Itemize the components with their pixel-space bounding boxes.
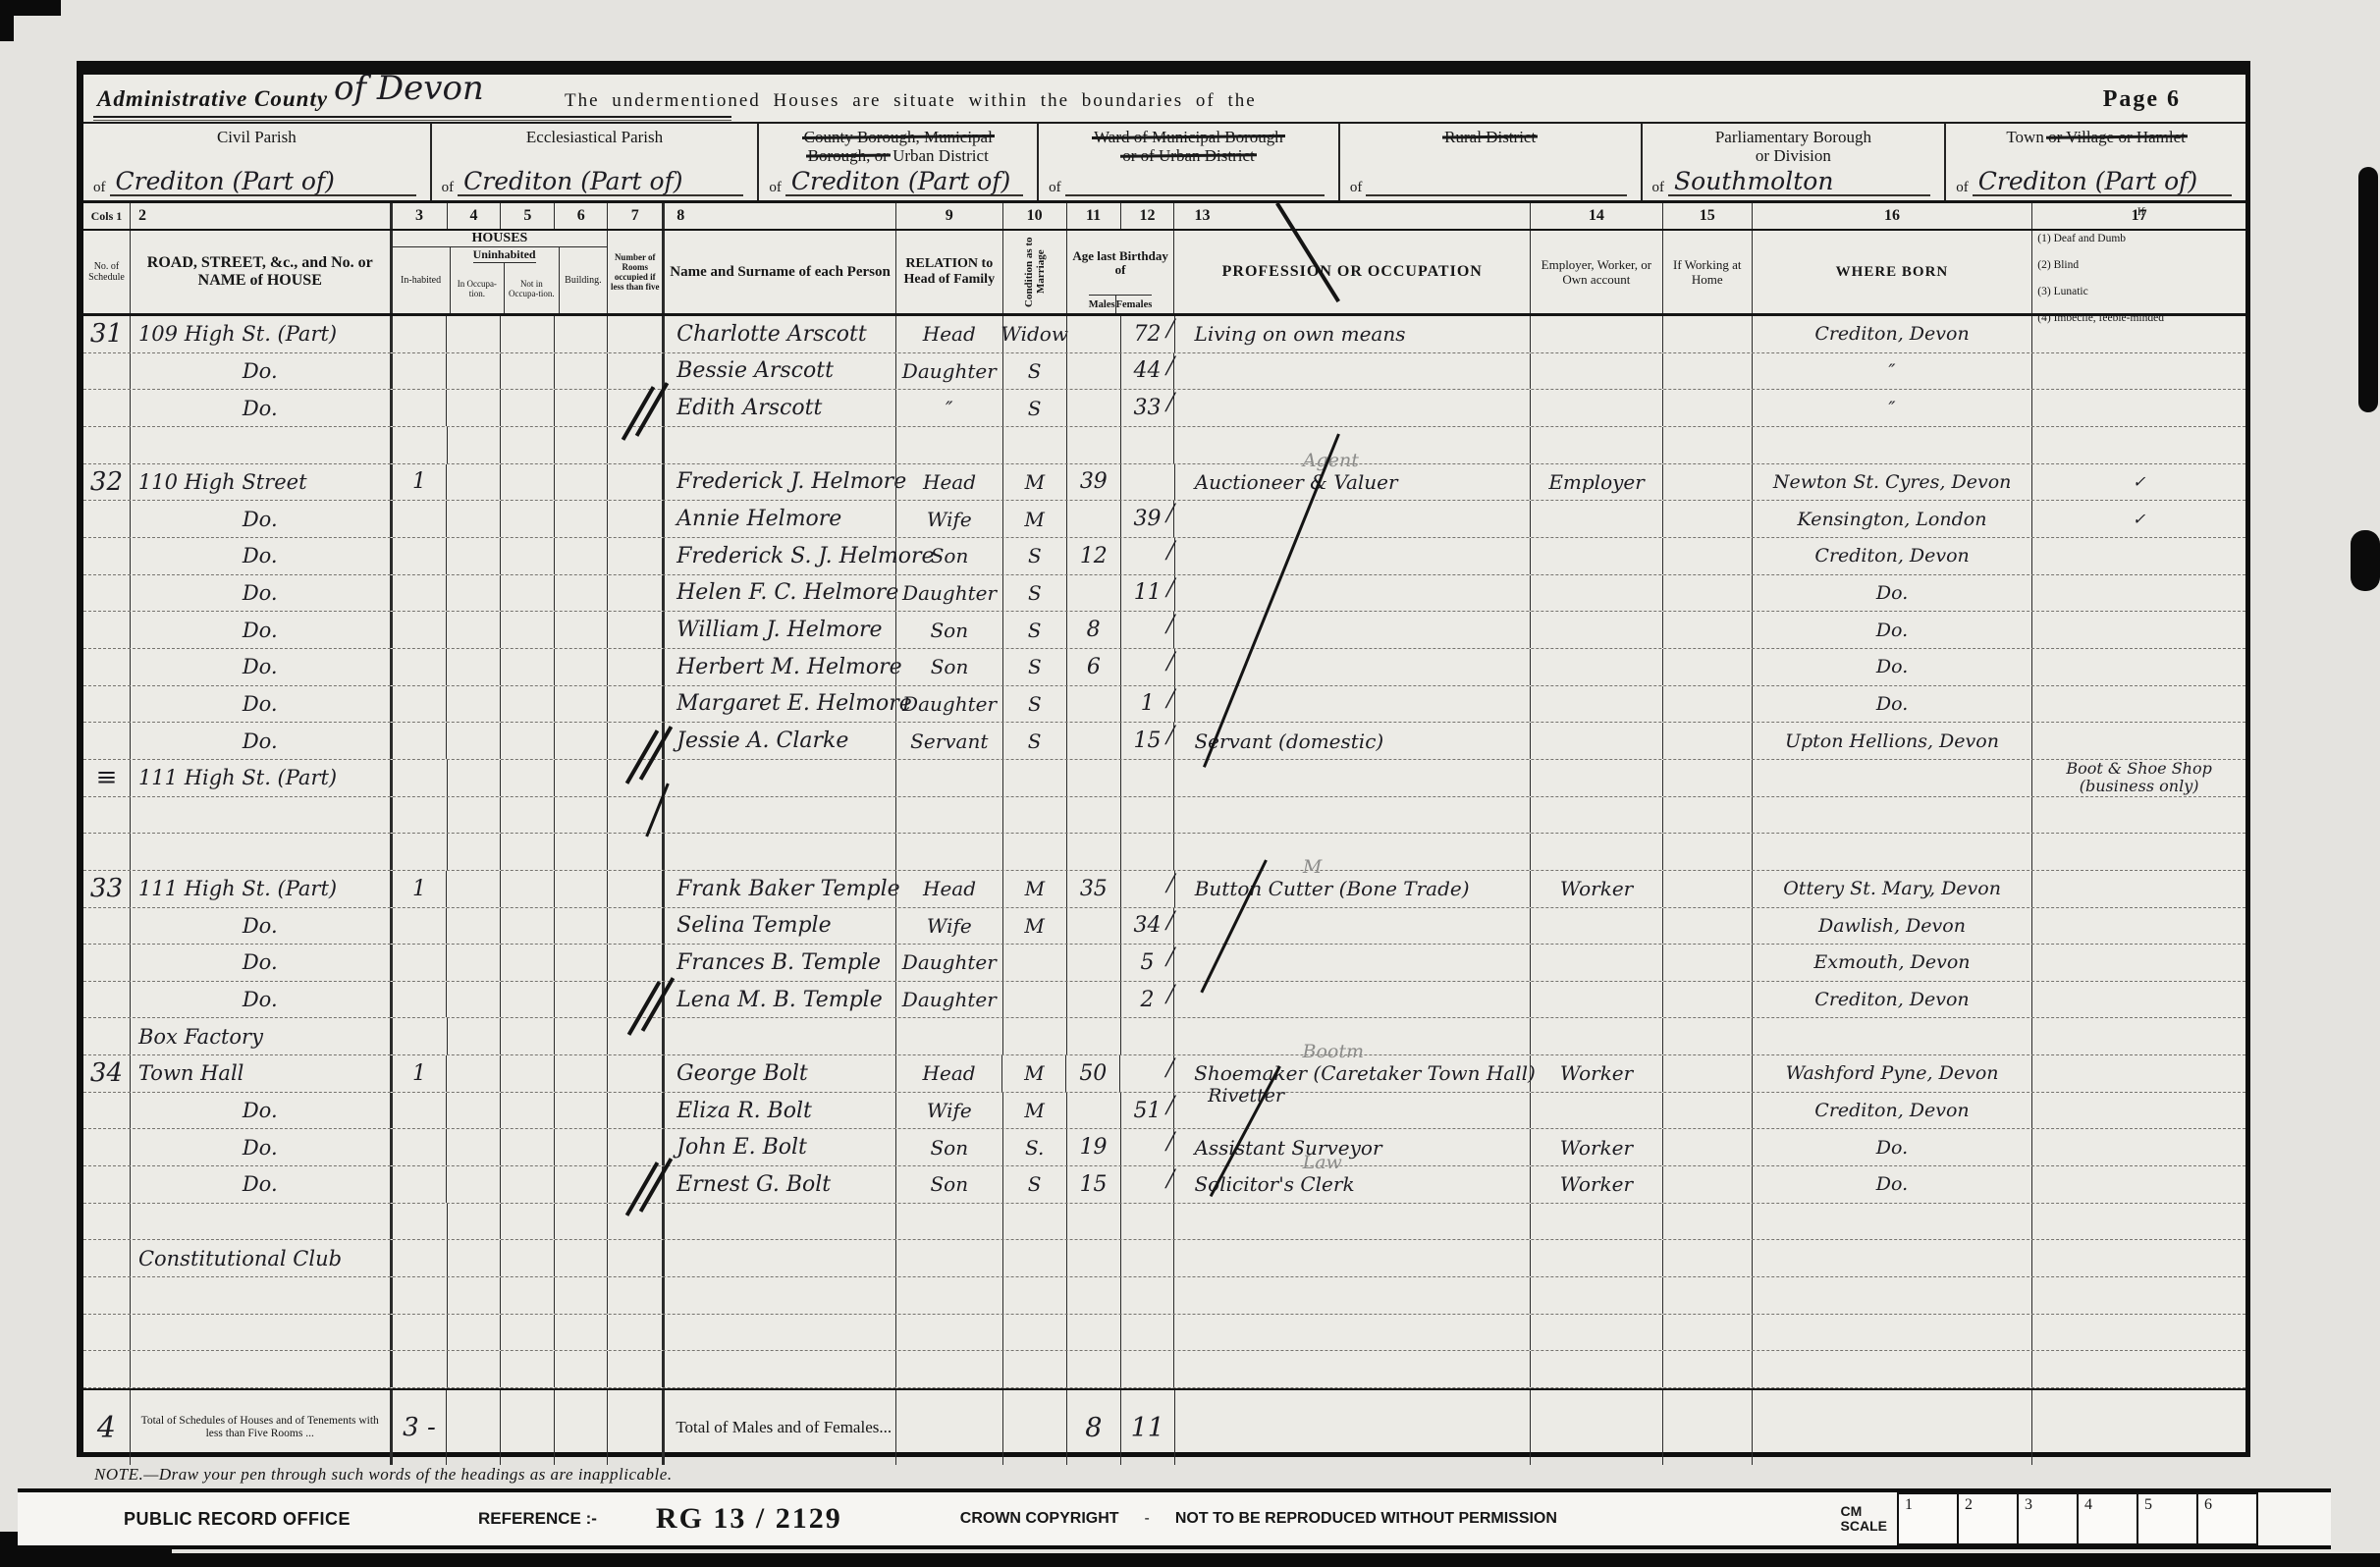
cell-working-at-home bbox=[1662, 1240, 1752, 1276]
cell-age-male bbox=[1066, 908, 1120, 945]
cell-inhabited bbox=[390, 908, 447, 945]
table-row: Do.Jessie A. ClarkeServantS15/Servant (d… bbox=[83, 723, 2245, 760]
cell-age-male: 19 bbox=[1066, 1129, 1120, 1165]
cell-where-born-text: Crediton, Devon bbox=[1814, 545, 1969, 567]
cell-infirmity bbox=[2031, 353, 2245, 390]
cell-road bbox=[130, 1351, 390, 1387]
cell-where-born bbox=[1752, 1351, 2032, 1387]
cell-relation bbox=[895, 1018, 1002, 1054]
cell-road: Do. bbox=[130, 1093, 390, 1129]
cell-road-text: Do. bbox=[243, 397, 278, 420]
header-age-group: Age last Birthday of Males Females bbox=[1066, 231, 1174, 313]
cell-condition: S bbox=[1002, 612, 1066, 648]
cell-relation bbox=[895, 427, 1002, 463]
cell-inhabited-text: 1 bbox=[412, 469, 426, 494]
cell-working-at-home bbox=[1662, 1351, 1752, 1387]
cell-name-text: Frank Baker Temple bbox=[676, 877, 900, 901]
cm-ruler: 123456 bbox=[1897, 1492, 2258, 1545]
cell-not-in-occupation bbox=[500, 871, 554, 907]
houses-total-label: Total of Schedules of Houses and of Tene… bbox=[131, 1415, 390, 1440]
cell-condition bbox=[1002, 427, 1066, 463]
cell-name: Jessie A. Clarke bbox=[662, 723, 895, 759]
cell-working-at-home bbox=[1662, 575, 1752, 612]
header-relation: RELATION to Head of Family bbox=[895, 231, 1002, 313]
table-row bbox=[83, 1315, 2245, 1352]
cell-infirmity bbox=[2031, 945, 2245, 981]
cell-building bbox=[554, 1277, 607, 1314]
column-number: 12 bbox=[1120, 203, 1174, 229]
cell-name: Frances B. Temple bbox=[662, 945, 895, 981]
cell-schedule: 34 bbox=[83, 1055, 130, 1092]
cell-infirmity bbox=[2031, 1055, 2245, 1092]
cell-in-occupation bbox=[446, 464, 500, 501]
cell-profession bbox=[1173, 1315, 1530, 1351]
cell-employer bbox=[1530, 723, 1662, 759]
cell-condition: S bbox=[1002, 353, 1066, 390]
form-note: NOTE.—Draw your pen through such words o… bbox=[94, 1465, 673, 1485]
cell-relation-text: Head bbox=[923, 1061, 976, 1085]
cell-building bbox=[554, 982, 607, 1018]
cell-road: Do. bbox=[130, 945, 390, 981]
column-number: 15 bbox=[1662, 203, 1752, 229]
cell-where-born bbox=[1752, 1018, 2032, 1054]
footer-reference: RG 13 / 2129 bbox=[656, 1502, 842, 1536]
cell-inhabited bbox=[390, 1093, 447, 1129]
cell-where-born: Crediton, Devon bbox=[1752, 316, 2032, 352]
cell-age-female bbox=[1120, 834, 1174, 870]
cell-condition-text: S. bbox=[1025, 1136, 1044, 1160]
cell-in-occupation bbox=[446, 316, 500, 352]
district-of-label: of bbox=[1652, 180, 1665, 196]
cell-working-at-home bbox=[1662, 464, 1752, 501]
cell-condition-text: S bbox=[1028, 359, 1042, 383]
cell-schedule bbox=[83, 538, 130, 574]
header-males: Males bbox=[1089, 296, 1115, 313]
cell-relation-text: ″ bbox=[946, 397, 952, 420]
cell-infirmity: Boot & Shoe Shop (business only) bbox=[2031, 760, 2245, 796]
cell-not-in-occupation bbox=[500, 1240, 554, 1276]
column-number: 5 bbox=[500, 203, 554, 229]
cell-name-text: Annie Helmore bbox=[676, 507, 841, 531]
cell-working-at-home bbox=[1662, 1055, 1752, 1092]
schedule-total: 4 bbox=[97, 1411, 116, 1445]
cell-building bbox=[554, 612, 607, 648]
cell-rooms bbox=[607, 427, 662, 463]
district-value-line: of bbox=[1350, 180, 1627, 196]
cell-road-text: Do. bbox=[243, 544, 278, 567]
cell-where-born bbox=[1752, 1315, 2032, 1351]
column-numbers-row: Cols 1234567891011121314151617 bbox=[83, 200, 2245, 229]
footer-scale-label: CMSCALE bbox=[1841, 1504, 1887, 1534]
column-number: 9 bbox=[895, 203, 1002, 229]
cell-in-occupation bbox=[446, 1055, 500, 1092]
cell-condition bbox=[1002, 834, 1066, 870]
scan-artifact bbox=[2351, 530, 2380, 591]
district-value-line: ofCrediton (Part of) bbox=[442, 169, 744, 196]
cell-name: George Bolt bbox=[662, 1055, 895, 1092]
cell-rooms bbox=[607, 538, 662, 574]
divider bbox=[93, 120, 731, 121]
cell-where-born bbox=[1752, 834, 2032, 870]
cell-condition-text: S bbox=[1028, 581, 1042, 605]
cell-inhabited bbox=[390, 1277, 447, 1314]
footer-office: PUBLIC RECORD OFFICE bbox=[124, 1509, 351, 1530]
cell-age-female bbox=[1120, 1018, 1174, 1054]
ruler-mark: 6 bbox=[2198, 1492, 2258, 1545]
cell-not-in-occupation bbox=[500, 1129, 554, 1165]
cell-infirmity bbox=[2031, 1277, 2245, 1314]
cell-relation-text: Daughter bbox=[902, 988, 997, 1011]
cell-schedule-text: ≡ bbox=[96, 763, 118, 792]
cell-name: Ernest G. Bolt bbox=[662, 1166, 895, 1203]
cell-in-occupation bbox=[447, 797, 501, 834]
column-number: 11 bbox=[1066, 203, 1120, 229]
cell-employer-text: Worker bbox=[1560, 877, 1633, 900]
cell-age-female bbox=[1120, 427, 1174, 463]
cell-working-at-home bbox=[1662, 353, 1752, 390]
cell-relation-text: Head bbox=[923, 877, 976, 900]
cell-relation-text: Son bbox=[930, 619, 968, 642]
cell-schedule bbox=[83, 1129, 130, 1165]
cell-employer bbox=[1530, 760, 1662, 796]
cell-in-occupation bbox=[446, 908, 500, 945]
cell-relation: Head bbox=[895, 871, 1002, 907]
cell-schedule bbox=[83, 1204, 130, 1240]
table-row: Do.Frederick S. J. HelmoreSonS12/Credito… bbox=[83, 538, 2245, 575]
cell-road: Box Factory bbox=[130, 1018, 390, 1054]
cell-condition bbox=[1002, 797, 1066, 834]
cell-not-in-occupation bbox=[500, 353, 554, 390]
cell-inhabited bbox=[390, 1166, 447, 1203]
cell-in-occupation bbox=[446, 1129, 500, 1165]
cell-inhabited bbox=[390, 1018, 447, 1054]
cell-employer-text: Worker bbox=[1560, 1136, 1633, 1160]
cell-age-male bbox=[1066, 1240, 1120, 1276]
cell-in-occupation bbox=[446, 871, 500, 907]
cell-profession: /Living on own means bbox=[1174, 316, 1531, 352]
cell-road: Do. bbox=[130, 501, 390, 537]
table-row: Constitutional Club bbox=[83, 1240, 2245, 1277]
cell-age-female-text: 2 bbox=[1140, 988, 1154, 1012]
tick-mark: / bbox=[1165, 350, 1173, 383]
cell-relation: Head bbox=[895, 1055, 1002, 1092]
cell-employer bbox=[1530, 353, 1662, 390]
table-row: Box Factory bbox=[83, 1018, 2245, 1055]
profession-text: Servant (domestic) bbox=[1194, 729, 1383, 753]
cell-where-born: Do. bbox=[1752, 686, 2032, 723]
cell-name: John E. Bolt bbox=[662, 1129, 895, 1165]
cell-profession: /Shoemaker (Caretaker Town Hall)BootmRiv… bbox=[1173, 1055, 1530, 1092]
cell-name bbox=[662, 760, 895, 796]
cell-rooms bbox=[607, 501, 662, 537]
district-value bbox=[1065, 194, 1325, 196]
cell-profession: / bbox=[1174, 575, 1530, 612]
cell-relation: Head bbox=[895, 464, 1002, 501]
cell-name: Charlotte Arscott bbox=[662, 316, 895, 352]
table-row: Do.Ernest G. BoltSonS15/Solicitor's Cler… bbox=[83, 1166, 2245, 1204]
cell-condition-text: M bbox=[1025, 877, 1045, 900]
cell-age-male bbox=[1066, 945, 1120, 981]
cell-age-male bbox=[1066, 1351, 1120, 1387]
cell-road bbox=[130, 834, 390, 870]
district-label-part: Parliamentary Borough bbox=[1715, 128, 1871, 146]
cell-road: Do. bbox=[130, 612, 390, 648]
cell-where-born: Kensington, London bbox=[1752, 501, 2032, 537]
cell-employer bbox=[1530, 390, 1662, 426]
cell-road-text: 110 High Street bbox=[138, 470, 307, 494]
cell-where-born: Crediton, Devon bbox=[1752, 538, 2032, 574]
cell-name bbox=[662, 1315, 895, 1351]
cell-name-text: Margaret E. Helmore bbox=[676, 691, 912, 716]
cell-schedule bbox=[83, 612, 130, 648]
cell-name-text: Edith Arscott bbox=[676, 396, 822, 420]
cell-where-born: Do. bbox=[1752, 575, 2032, 612]
cell-profession bbox=[1173, 1351, 1530, 1387]
cell-road-text: Do. bbox=[243, 950, 278, 974]
census-scan-page: Administrative County of Devon The under… bbox=[0, 0, 2380, 1567]
cell-where-born-text: Exmouth, Devon bbox=[1813, 951, 1970, 973]
profession-text: Auctioneer & Valuer bbox=[1195, 470, 1398, 494]
cell-in-occupation bbox=[447, 760, 501, 796]
cell-name: Selina Temple bbox=[662, 908, 895, 945]
cell-name bbox=[662, 1204, 895, 1240]
cell-where-born bbox=[1752, 427, 2032, 463]
cell-employer bbox=[1530, 686, 1662, 723]
cell-where-born: ″ bbox=[1752, 390, 2032, 426]
cell-schedule bbox=[83, 834, 130, 870]
cell-not-in-occupation bbox=[500, 834, 554, 870]
cell-where-born-text: Do. bbox=[1876, 582, 1908, 604]
cell-name bbox=[662, 834, 895, 870]
males-females-total-label: Total of Males and of Females... bbox=[676, 1418, 892, 1437]
cell-not-in-occupation bbox=[500, 1018, 554, 1054]
cell-age-male bbox=[1066, 686, 1120, 723]
cell-age-male bbox=[1066, 1315, 1120, 1351]
cell-where-born-text: Crediton, Devon bbox=[1814, 989, 1969, 1010]
tick-mark: / bbox=[1166, 867, 1174, 900]
header-infirmity-line: (1) Deaf and Dumb bbox=[2037, 233, 2126, 246]
cell-inhabited bbox=[390, 1240, 447, 1276]
cell-schedule: ≡ bbox=[83, 760, 130, 796]
cell-building bbox=[554, 390, 607, 426]
cell-age-male bbox=[1066, 797, 1120, 834]
totals-row: 4 Total of Schedules of Houses and of Te… bbox=[83, 1388, 2245, 1465]
admin-county-value: of Devon bbox=[334, 69, 484, 108]
cell-age-male-text: 39 bbox=[1080, 469, 1108, 494]
cell-working-at-home bbox=[1662, 760, 1752, 796]
cell-relation: ″ bbox=[895, 390, 1002, 426]
cell-road bbox=[130, 1277, 390, 1314]
cell-not-in-occupation bbox=[500, 1277, 554, 1314]
cell-where-born-text: Do. bbox=[1876, 693, 1908, 715]
cell-employer bbox=[1530, 982, 1662, 1018]
cell-schedule bbox=[83, 1277, 130, 1314]
cell-building bbox=[554, 1166, 607, 1203]
cell-not-in-occupation bbox=[500, 1204, 554, 1240]
cell-relation: Head bbox=[895, 316, 1002, 352]
district-value: Southmolton bbox=[1668, 169, 1930, 196]
cell-condition: M bbox=[1002, 1093, 1066, 1129]
cell-inhabited: 1 bbox=[390, 464, 447, 501]
cell-where-born: Do. bbox=[1752, 649, 2032, 685]
cell-condition: S bbox=[1002, 723, 1066, 759]
column-number: 16 bbox=[1752, 203, 2032, 229]
cell-name-text: Lena M. B. Temple bbox=[676, 988, 883, 1012]
cell-relation-text: Servant bbox=[910, 729, 988, 753]
cell-road-text: Do. bbox=[243, 692, 278, 716]
cell-condition-text: M bbox=[1024, 1099, 1044, 1122]
table-row: Do.Eliza R. BoltWifeM51/Crediton, Devon bbox=[83, 1093, 2245, 1130]
cell-profession: / bbox=[1173, 390, 1530, 426]
cell-schedule bbox=[83, 908, 130, 945]
cell-where-born: Dawlish, Devon bbox=[1752, 908, 2032, 945]
cell-building bbox=[554, 538, 607, 574]
table-row: 34Town Hall1George BoltHeadM50/Shoemaker… bbox=[83, 1055, 2245, 1093]
header-in-occupation: In Occupa-tion. bbox=[451, 263, 505, 313]
cell-schedule-text: 32 bbox=[90, 467, 123, 497]
header-houses-group: HOUSES In-habited Uninhabited In Occupa-… bbox=[390, 231, 608, 313]
cell-relation bbox=[895, 1204, 1002, 1240]
cell-in-occupation bbox=[446, 612, 500, 648]
district-value-line: ofSouthmolton bbox=[1652, 169, 1931, 196]
cell-infirmity bbox=[2031, 1204, 2245, 1240]
cell-not-in-occupation bbox=[500, 1315, 554, 1351]
cell-inhabited bbox=[390, 686, 447, 723]
census-form: Administrative County of Devon The under… bbox=[77, 61, 2250, 1457]
cell-building bbox=[554, 1351, 607, 1387]
cell-condition: S bbox=[1002, 649, 1066, 685]
cell-working-at-home bbox=[1662, 612, 1752, 648]
cell-where-born: Newton St. Cyres, Devon bbox=[1752, 464, 2032, 501]
cell-schedule bbox=[83, 982, 130, 1018]
table-row: 32110 High Street1Frederick J. HelmoreHe… bbox=[83, 464, 2245, 502]
district-label-part: Town bbox=[2006, 128, 2048, 146]
cell-building bbox=[554, 649, 607, 685]
cell-road: Do. bbox=[130, 723, 390, 759]
cell-name-text: George Bolt bbox=[676, 1061, 808, 1086]
cell-where-born-text: Do. bbox=[1876, 1137, 1908, 1159]
cell-relation-text: Daughter bbox=[902, 692, 997, 716]
header-condition: Condition as to Marriage bbox=[1002, 231, 1066, 313]
cell-condition-text: S bbox=[1028, 619, 1042, 642]
cell-schedule bbox=[83, 945, 130, 981]
header-where-born: WHERE BORN bbox=[1752, 231, 2032, 313]
cell-building bbox=[554, 1129, 607, 1165]
cell-schedule bbox=[83, 390, 130, 426]
district-label: Town or Village or Hamlet bbox=[1946, 128, 2245, 146]
cell-age-male-text: 19 bbox=[1080, 1135, 1108, 1160]
cell-building bbox=[554, 797, 607, 834]
ink-annotation: Rivetter bbox=[1208, 1085, 1284, 1107]
cell-age-female bbox=[1120, 760, 1174, 796]
cell-age-male bbox=[1066, 723, 1120, 759]
cell-in-occupation bbox=[446, 353, 500, 390]
cell-age-female bbox=[1120, 1351, 1174, 1387]
cell-infirmity bbox=[2031, 723, 2245, 759]
cell-age-male: 39 bbox=[1066, 464, 1120, 501]
cell-in-occupation bbox=[447, 1277, 501, 1314]
cell-inhabited bbox=[390, 649, 447, 685]
cell-in-occupation bbox=[446, 686, 500, 723]
cell-age-male bbox=[1066, 760, 1120, 796]
cell-condition: S bbox=[1002, 1166, 1066, 1203]
column-number: 7 bbox=[607, 203, 662, 229]
cell-inhabited: 1 bbox=[390, 1055, 447, 1092]
district-value: Crediton (Part of) bbox=[458, 169, 743, 196]
cell-relation-text: Son bbox=[930, 1136, 968, 1160]
cell-relation bbox=[895, 797, 1002, 834]
cell-schedule: 32 bbox=[83, 464, 130, 501]
table-row: Do.John E. BoltSonS.19/Assistant Surveyo… bbox=[83, 1129, 2245, 1166]
table-row bbox=[83, 1204, 2245, 1241]
cell-not-in-occupation bbox=[500, 797, 554, 834]
column-number: 4 bbox=[447, 203, 501, 229]
cell-where-born-text: Crediton, Devon bbox=[1814, 323, 1969, 345]
males-total: 8 bbox=[1085, 1413, 1102, 1443]
cell-rooms bbox=[607, 908, 662, 945]
cell-employer bbox=[1530, 427, 1662, 463]
scan-artifact bbox=[0, 1553, 2380, 1567]
cell-infirmity bbox=[2031, 1240, 2245, 1276]
cell-infirmity bbox=[2031, 390, 2245, 426]
cell-infirmity: ✓ bbox=[2031, 464, 2245, 501]
cell-relation: Son bbox=[895, 538, 1002, 574]
district-label-part: Rural District bbox=[1444, 128, 1536, 146]
cell-rooms bbox=[607, 575, 662, 612]
cell-inhabited bbox=[390, 760, 447, 796]
cell-road: Do. bbox=[130, 686, 390, 723]
cell-inhabited bbox=[390, 1351, 447, 1387]
cell-schedule bbox=[83, 1351, 130, 1387]
cell-infirmity bbox=[2031, 612, 2245, 648]
cell-age-male-text: 6 bbox=[1087, 655, 1101, 679]
cell-not-in-occupation bbox=[500, 1093, 554, 1129]
cell-name-text: Selina Temple bbox=[676, 913, 831, 938]
district-label-part: Ward of Municipal Borough bbox=[1094, 128, 1283, 146]
cell-relation: Wife bbox=[895, 1093, 1002, 1129]
column-number: 14 bbox=[1530, 203, 1662, 229]
cell-age-male: 8 bbox=[1066, 612, 1120, 648]
cell-road: 109 High St. (Part) bbox=[130, 316, 390, 352]
cell-road-text: 109 High St. (Part) bbox=[138, 322, 337, 346]
cell-name: Edith Arscott bbox=[662, 390, 895, 426]
table-row: Do.Frances B. TempleDaughter5/Exmouth, D… bbox=[83, 945, 2245, 982]
table-row bbox=[83, 427, 2245, 464]
scan-artifact bbox=[0, 0, 14, 41]
cell-employer-text: Worker bbox=[1560, 1061, 1633, 1085]
district-label: Ward of Municipal Boroughor of Urban Dis… bbox=[1039, 128, 1338, 165]
cell-not-in-occupation bbox=[500, 723, 554, 759]
table-row: Do.Margaret E. HelmoreDaughterS1/Do. bbox=[83, 686, 2245, 724]
cell-working-at-home bbox=[1662, 538, 1752, 574]
ruler-mark: 2 bbox=[1959, 1492, 2019, 1545]
cell-relation-text: Head bbox=[923, 470, 976, 494]
header-females: Females bbox=[1115, 296, 1153, 313]
cell-employer bbox=[1530, 501, 1662, 537]
district-label-part: Civil Parish bbox=[217, 128, 297, 146]
cell-where-born bbox=[1752, 797, 2032, 834]
cell-profession: /Solicitor's ClerkLaw bbox=[1173, 1166, 1530, 1203]
cell-where-born-text: Washford Pyne, Devon bbox=[1786, 1062, 1999, 1084]
cell-relation: Daughter bbox=[895, 982, 1002, 1018]
cell-relation: Son bbox=[895, 1166, 1002, 1203]
cell-relation bbox=[895, 1277, 1002, 1314]
table-row bbox=[83, 834, 2245, 871]
cell-road-text: Town Hall bbox=[138, 1061, 243, 1085]
cell-age-female bbox=[1120, 464, 1174, 501]
cell-not-in-occupation bbox=[500, 390, 554, 426]
cell-infirmity bbox=[2031, 1018, 2245, 1054]
